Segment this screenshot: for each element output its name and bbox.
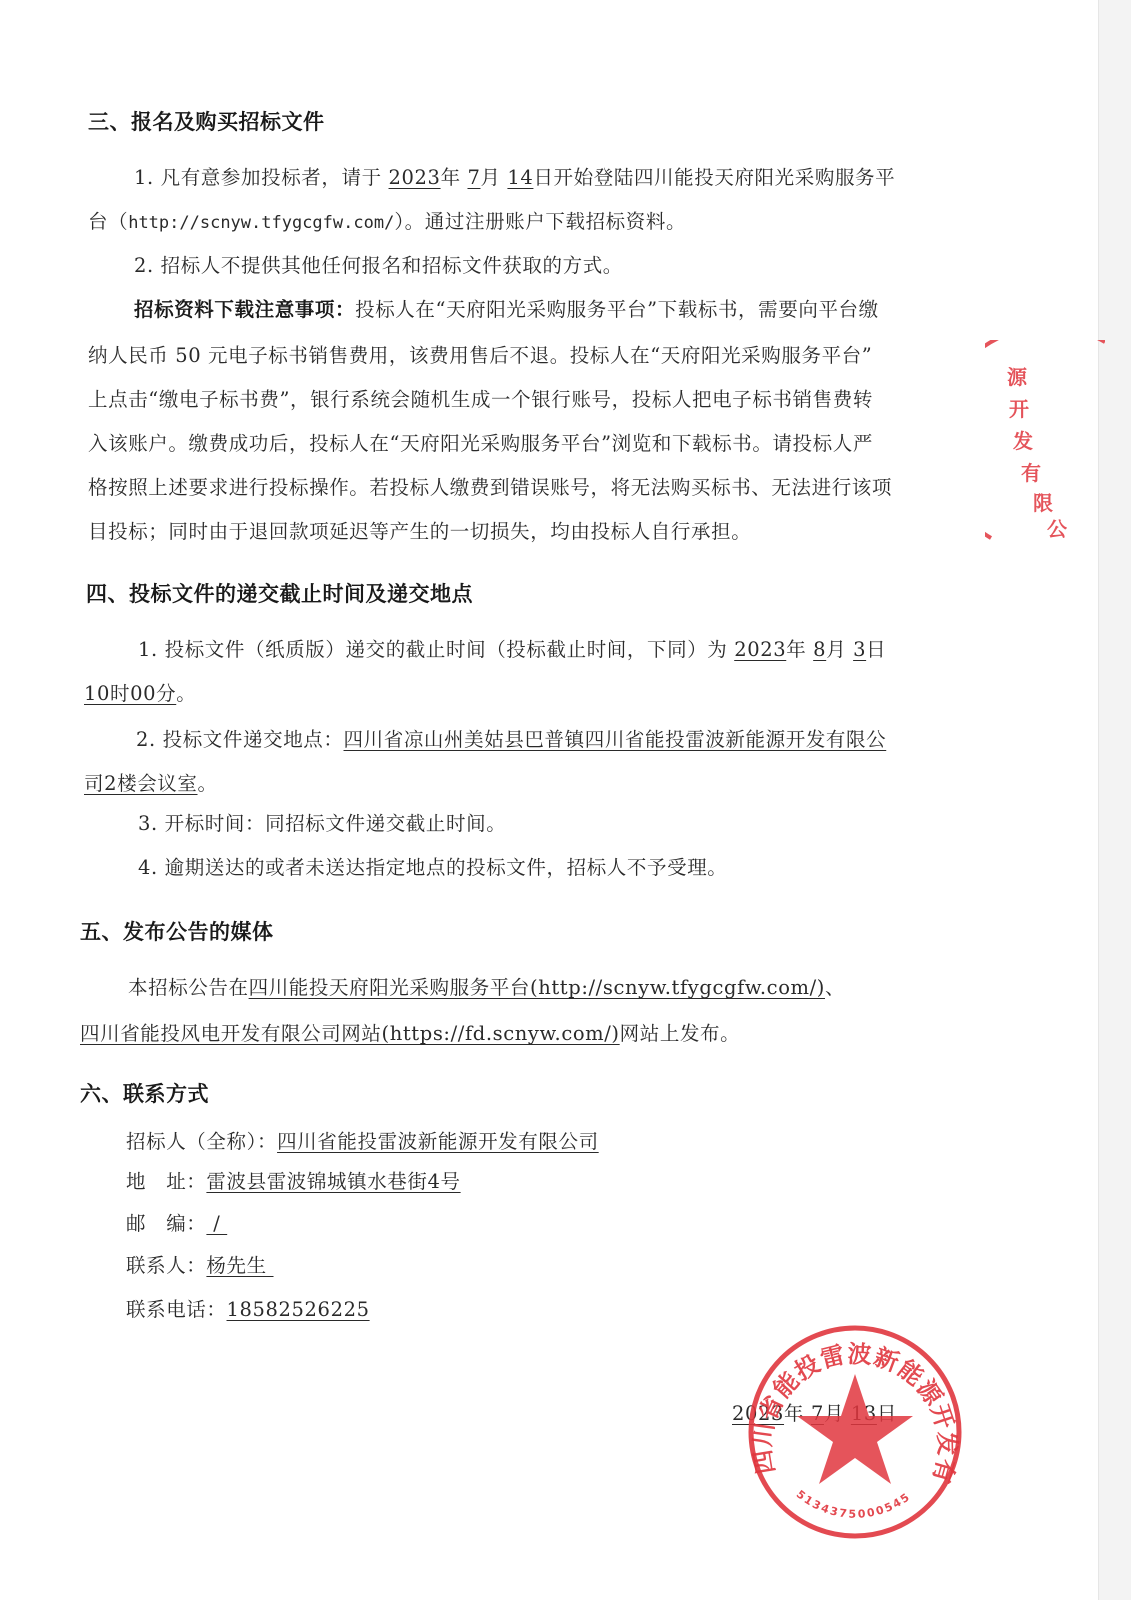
deadline-time: 10时00分 bbox=[84, 682, 176, 705]
notice-line-3: 上点击“缴电子标书费”，银行系统会随机生成一个银行账号，投标人把电子标书销售费转 bbox=[88, 384, 873, 412]
notice-title: 招标资料下载注意事项： bbox=[134, 298, 355, 321]
contact-person: 联系人：杨先生 bbox=[126, 1250, 274, 1278]
section4-item4: 4. 逾期送达的或者未送达指定地点的投标文件，招标人不予受理。 bbox=[138, 852, 727, 880]
section5-line2: 四川省能投风电开发有限公司网站(https://fd.scnyw.com/)网站… bbox=[80, 1018, 740, 1046]
section4-item1-cont: 10时00分。 bbox=[84, 678, 196, 706]
deadline-day: 3 bbox=[853, 638, 866, 661]
section4-heading: 四、投标文件的递交截止时间及递交地点 bbox=[86, 578, 473, 608]
contact-address: 地 址：雷波县雷波锦城镇水巷街4号 bbox=[126, 1166, 461, 1194]
platform2-link[interactable]: 四川省能投风电开发有限公司网站(https://fd.scnyw.com/) bbox=[80, 1022, 620, 1045]
section4-item2-cont: 司2楼会议室。 bbox=[84, 768, 218, 796]
section3-item1: 1. 凡有意参加投标者，请于 2023年 7月 14日开始登陆四川能投天府阳光采… bbox=[134, 162, 895, 190]
start-day: 14 bbox=[507, 166, 533, 189]
svg-text:源 开 发 有 限: 源 开 发 有 限 公 bbox=[1007, 365, 1068, 541]
contact-postcode: 邮 编： / bbox=[126, 1208, 227, 1236]
contact-phone: 联系电话：18582526225 bbox=[126, 1294, 370, 1322]
page-edge bbox=[1098, 0, 1131, 1600]
notice-line-1: 招标资料下载注意事项：投标人在“天府阳光采购服务平台”下载标书，需要向平台缴 bbox=[134, 294, 879, 322]
svg-text:5134375000545: 5134375000545 bbox=[794, 1488, 914, 1521]
contact-tenderer: 招标人（全称）：四川省能投雷波新能源开发有限公司 bbox=[126, 1126, 599, 1154]
notice-line-5: 格按照上述要求进行投标操作。若投标人缴费到错误账号，将无法购买标书、无法进行该项 bbox=[88, 472, 892, 500]
section5-heading: 五、发布公告的媒体 bbox=[80, 916, 274, 946]
section4-item3: 3. 开标时间：同招标文件递交截止时间。 bbox=[138, 808, 506, 836]
issue-date: 2023年 7月 13日 bbox=[732, 1398, 897, 1426]
section3-heading: 三、报名及购买招标文件 bbox=[88, 106, 325, 136]
section3-item1-cont: 台（http://scnyw.tfygcgfw.com/）。通过注册账户下载招标… bbox=[88, 206, 686, 234]
company-seal-stamp: 四川省能投雷波新能源开发有限公司 5134375000545 bbox=[745, 1322, 965, 1542]
section4-item2: 2. 投标文件递交地点：四川省凉山州美姑县巴普镇四川省能投雷波新能源开发有限公 bbox=[136, 724, 886, 752]
section4-item1: 1. 投标文件（纸质版）递交的截止时间（投标截止时间，下同）为 2023年 8月… bbox=[138, 634, 886, 662]
section3-item2: 2. 招标人不提供其他任何报名和招标文件获取的方式。 bbox=[134, 250, 623, 278]
partial-seal-stamp: 源 开 发 有 限 公 bbox=[985, 340, 1105, 550]
submission-address: 四川省凉山州美姑县巴普镇四川省能投雷波新能源开发有限公 bbox=[344, 728, 887, 751]
notice-line-4: 入该账户。缴费成功后，投标人在“天府阳光采购服务平台”浏览和下载标书。请投标人严 bbox=[88, 428, 873, 456]
platform-url[interactable]: http://scnyw.tfygcgfw.com/ bbox=[128, 213, 394, 233]
notice-line-2: 纳人民币 50 元电子标书销售费用，该费用售后不退。投标人在“天府阳光采购服务平… bbox=[88, 340, 872, 368]
section5-line1: 本招标公告在四川能投天府阳光采购服务平台(http://scnyw.tfygcg… bbox=[128, 972, 845, 1000]
platform1-link[interactable]: 四川能投天府阳光采购服务平台(http://scnyw.tfygcgfw.com… bbox=[249, 976, 825, 999]
deadline-year: 2023 bbox=[734, 638, 786, 661]
start-month: 7 bbox=[467, 166, 480, 189]
deadline-month: 8 bbox=[813, 638, 826, 661]
notice-line-6: 目投标；同时由于退回款项延迟等产生的一切损失，均由投标人自行承担。 bbox=[88, 516, 751, 544]
section6-heading: 六、联系方式 bbox=[80, 1078, 209, 1108]
start-year: 2023 bbox=[389, 166, 441, 189]
